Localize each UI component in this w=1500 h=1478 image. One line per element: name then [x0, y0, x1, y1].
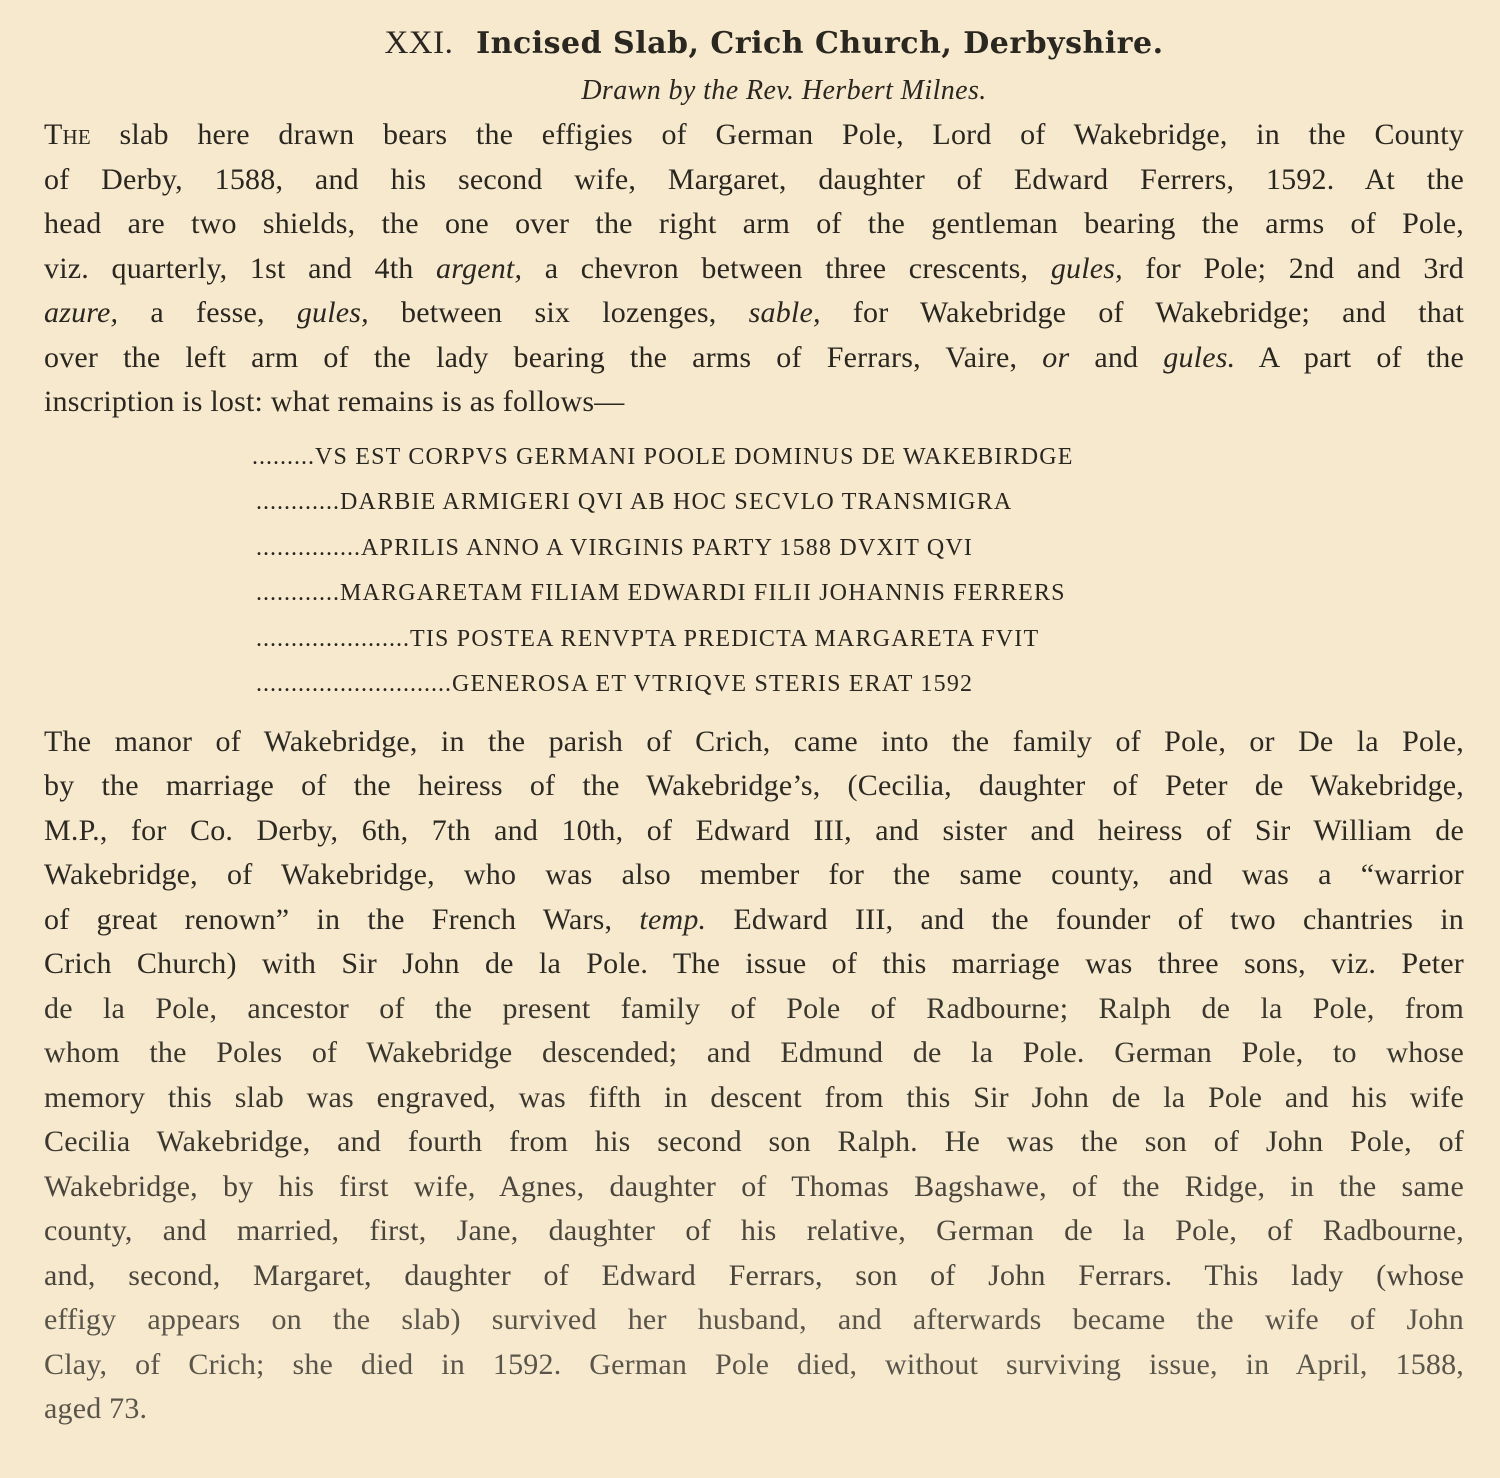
text-run: memory this slab was engraved, was fifth…: [44, 1081, 1464, 1114]
text-run: and: [1069, 341, 1163, 374]
inscription-line: ......................TIS POSTEA RENVPTA…: [44, 617, 1464, 663]
italic-term: or: [1042, 341, 1069, 374]
text-run: A part of the: [1235, 341, 1464, 374]
italic-term: argent,: [436, 252, 522, 285]
text-line: Wakebridge, of Wakebridge, who was also …: [44, 853, 1464, 898]
text-run: for Pole; 2nd and 3rd: [1123, 252, 1464, 285]
lacuna-dots: ............: [256, 580, 340, 606]
text-line: effigy appears on the slab) survived her…: [44, 1298, 1464, 1343]
text-run: Clay, of Crich; she died in 1592. German…: [44, 1348, 1464, 1381]
text-run: effigy appears on the slab) survived her…: [44, 1303, 1464, 1336]
text-run: The: [44, 118, 91, 151]
intro-paragraph: The slab here drawn bears the effigies o…: [44, 113, 1464, 425]
text-run: over the left arm of the lady bearing th…: [44, 341, 1042, 374]
italic-term: temp.: [639, 903, 706, 936]
text-run: viz. quarterly, 1st and 4th: [44, 252, 436, 285]
text-run: of Derby, 1588, and his second wife, Mar…: [44, 163, 1464, 196]
history-paragraph: The manor of Wakebridge, in the parish o…: [44, 720, 1464, 1432]
italic-term: gules,: [297, 296, 369, 329]
text-run: inscription is lost: what remains is as …: [44, 385, 624, 418]
inscription-line: ............DARBIE ARMIGERI QVI AB HOC S…: [44, 480, 1464, 526]
inscription-text: TIS POSTEA RENVPTA PREDICTA MARGARETA FV…: [410, 626, 1039, 652]
text-line: and, second, Margaret, daughter of Edwar…: [44, 1254, 1464, 1299]
text-run: a fesse,: [118, 296, 297, 329]
lacuna-dots: .........: [252, 444, 315, 470]
italic-term: gules.: [1163, 341, 1235, 374]
text-line: Cecilia Wakebridge, and fourth from his …: [44, 1120, 1464, 1165]
inscription-line: .........VS EST CORPVS GERMANI POOLE DOM…: [44, 435, 1464, 481]
inscription-text: VS EST CORPVS GERMANI POOLE DOMINUS DE W…: [315, 444, 1074, 470]
inscription-text: GENEROSA ET VTRIQVE STERIS ERAT 1592: [452, 671, 973, 697]
text-run: The manor of Wakebridge, in the parish o…: [44, 725, 1464, 758]
text-line: county, and married, first, Jane, daught…: [44, 1209, 1464, 1254]
text-run: Wakebridge, by his first wife, Agnes, da…: [44, 1170, 1464, 1203]
text-line: Clay, of Crich; she died in 1592. German…: [44, 1343, 1464, 1388]
inscription-text: APRILIS ANNO A VIRGINIS PARTY 1588 DVXIT…: [361, 535, 973, 561]
document-page: XXI. Incised Slab, Crich Church, Derbysh…: [44, 18, 1464, 1432]
lacuna-dots: ...............: [256, 535, 361, 561]
text-line: aged 73.: [44, 1387, 1464, 1432]
text-run: for Wakebridge of Wakebridge; and that: [821, 296, 1464, 329]
text-line: viz. quarterly, 1st and 4th argent, a ch…: [44, 247, 1464, 292]
text-run: head are two shields, the one over the r…: [44, 207, 1464, 240]
italic-term: gules,: [1051, 252, 1123, 285]
text-run: by the marriage of the heiress of the Wa…: [44, 769, 1464, 802]
text-run: whom the Poles of Wakebridge descended; …: [44, 1036, 1464, 1069]
text-line: of great renown” in the French Wars, tem…: [44, 898, 1464, 943]
text-line: by the marriage of the heiress of the Wa…: [44, 764, 1464, 809]
text-line: azure, a fesse, gules, between six lozen…: [44, 291, 1464, 336]
text-run: aged 73.: [44, 1392, 147, 1425]
inscription-block: .........VS EST CORPVS GERMANI POOLE DOM…: [44, 435, 1464, 708]
page-title: XXI. Incised Slab, Crich Church, Derbysh…: [44, 18, 1464, 69]
attribution-subtitle: Drawn by the Rev. Herbert Milnes.: [44, 69, 1464, 113]
text-line: head are two shields, the one over the r…: [44, 202, 1464, 247]
lacuna-dots: ............................: [256, 671, 452, 697]
text-run: a chevron between three crescents,: [522, 252, 1051, 285]
italic-term: sable,: [749, 296, 821, 329]
inscription-text: MARGARETAM FILIAM EDWARDI FILII JOHANNIS…: [340, 580, 1066, 606]
inscription-line: ...............APRILIS ANNO A VIRGINIS P…: [44, 526, 1464, 572]
inscription-line: ............................GENEROSA ET …: [44, 662, 1464, 708]
lacuna-dots: ............: [256, 489, 340, 515]
text-run: Crich Church) with Sir John de la Pole. …: [44, 947, 1464, 980]
text-run: M.P., for Co. Derby, 6th, 7th and 10th, …: [44, 814, 1464, 847]
text-run: Cecilia Wakebridge, and fourth from his …: [44, 1125, 1464, 1158]
text-line: The slab here drawn bears the effigies o…: [44, 113, 1464, 158]
text-run: and, second, Margaret, daughter of Edwar…: [44, 1259, 1464, 1292]
inscription-line: ............MARGARETAM FILIAM EDWARDI FI…: [44, 571, 1464, 617]
text-line: inscription is lost: what remains is as …: [44, 380, 1464, 425]
italic-term: azure,: [44, 296, 118, 329]
plate-title: Incised Slab, Crich Church, Derbyshire.: [476, 26, 1163, 61]
text-line: Wakebridge, by his first wife, Agnes, da…: [44, 1165, 1464, 1210]
text-run: county, and married, first, Jane, daught…: [44, 1214, 1464, 1247]
text-run: slab here drawn bears the effigies of Ge…: [91, 118, 1464, 151]
text-line: Crich Church) with Sir John de la Pole. …: [44, 942, 1464, 987]
text-line: over the left arm of the lady bearing th…: [44, 336, 1464, 381]
text-line: M.P., for Co. Derby, 6th, 7th and 10th, …: [44, 809, 1464, 854]
text-line: de la Pole, ancestor of the present fami…: [44, 987, 1464, 1032]
inscription-text: DARBIE ARMIGERI QVI AB HOC SECVLO TRANSM…: [340, 489, 1012, 515]
text-run: between six lozenges,: [369, 296, 749, 329]
text-run: Edward III, and the founder of two chant…: [706, 903, 1464, 936]
plate-number: XXI.: [384, 25, 453, 61]
lacuna-dots: ......................: [256, 626, 410, 652]
text-run: de la Pole, ancestor of the present fami…: [44, 992, 1464, 1025]
text-line: The manor of Wakebridge, in the parish o…: [44, 720, 1464, 765]
text-line: memory this slab was engraved, was fifth…: [44, 1076, 1464, 1121]
text-line: whom the Poles of Wakebridge descended; …: [44, 1031, 1464, 1076]
text-line: of Derby, 1588, and his second wife, Mar…: [44, 158, 1464, 203]
text-run: of great renown” in the French Wars,: [44, 903, 639, 936]
text-run: Wakebridge, of Wakebridge, who was also …: [44, 858, 1464, 891]
